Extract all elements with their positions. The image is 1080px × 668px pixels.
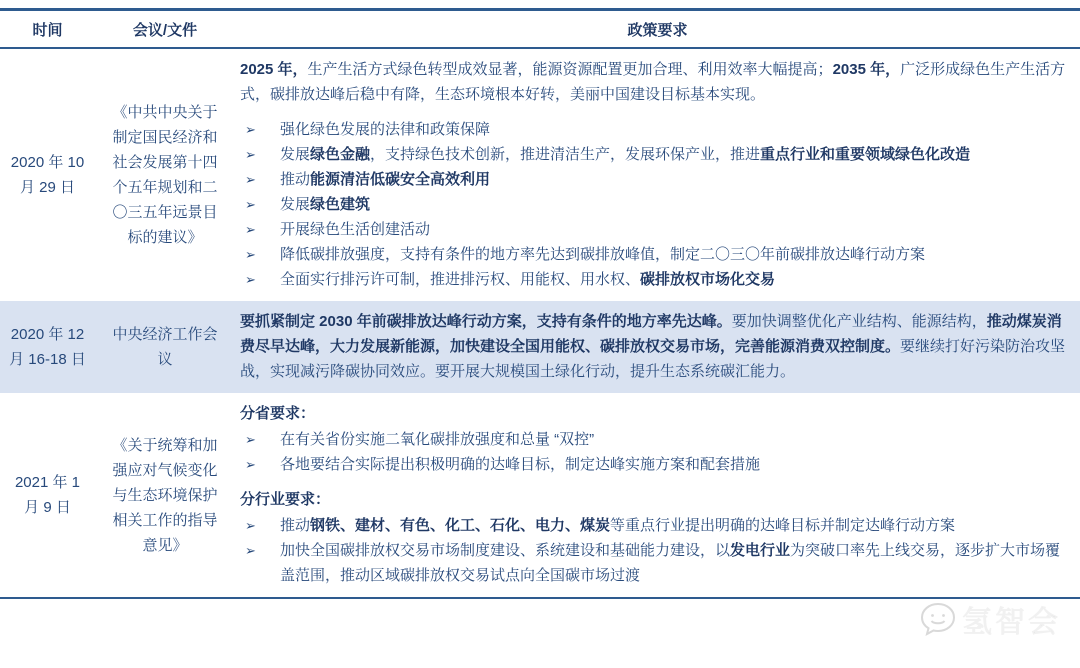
bullet-text: 降低碳排放强度，支持有条件的地方率先达到碳排放峰值，制定二〇三〇年前碳排放达峰行… — [280, 242, 1074, 267]
header-doc: 会议/文件 — [95, 11, 235, 47]
bullet-text: 推动能源清洁低碳安全高效利用 — [280, 167, 1074, 192]
bullet-item: ➢推动能源清洁低碳安全高效利用 — [240, 167, 1074, 192]
watermark: 氢智会 — [918, 593, 1078, 645]
time-cell: 2021 年 1 月 9 日 — [0, 464, 95, 526]
bullet-item: ➢加快全国碳排放权交易市场制度建设、系统建设和基础能力建设，以发电行业为突破口率… — [240, 538, 1074, 588]
bullet-item: ➢发展绿色金融，支持绿色技术创新，推进清洁生产，发展环保产业，推进重点行业和重要… — [240, 142, 1074, 167]
policy-cell: 分省要求： ➢在有关省份实施二氧化碳排放强度和总量 “双控” ➢各地要结合实际提… — [235, 393, 1080, 597]
time-cell: 2020 年 12 月 16-18 日 — [0, 316, 95, 378]
policy-paragraph: 要抓紧制定 2030 年前碳排放达峰行动方案，支持有条件的地方率先达峰。要加快调… — [240, 309, 1074, 384]
bullet-text: 全面实行排污许可制，推进排污权、用能权、用水权、碳排放权市场化交易 — [280, 267, 1074, 292]
table-row-2020-10-29: 2020 年 10 月 29 日 《中共中央关于制定国民经济和社会发展第十四个五… — [0, 49, 1080, 301]
doc-cell: 中央经济工作会议 — [95, 316, 235, 378]
table-row-2021-01-09: 2021 年 1 月 9 日 《关于统筹和加强应对气候变化与生态环境保护相关工作… — [0, 393, 1080, 597]
arrow-bullet-icon: ➢ — [240, 167, 280, 192]
arrow-bullet-icon: ➢ — [240, 192, 280, 217]
bullet-item: ➢发展绿色建筑 — [240, 192, 1074, 217]
policy-intro: 2025 年，生产生活方式绿色转型成效显著，能源资源配置更加合理、利用效率大幅提… — [240, 57, 1074, 107]
bullet-text: 推动钢铁、建材、有色、化工、石化、电力、煤炭等重点行业提出明确的达峰目标并制定达… — [280, 513, 1074, 538]
arrow-bullet-icon: ➢ — [240, 427, 280, 452]
bullet-item: ➢全面实行排污许可制，推进排污权、用能权、用水权、碳排放权市场化交易 — [240, 267, 1074, 292]
arrow-bullet-icon: ➢ — [240, 267, 280, 292]
watermark-text: 氢智会 — [962, 597, 1061, 641]
province-bullet-list: ➢在有关省份实施二氧化碳排放强度和总量 “双控” ➢各地要结合实际提出积极明确的… — [240, 427, 1074, 477]
bullet-item: ➢在有关省份实施二氧化碳排放强度和总量 “双控” — [240, 427, 1074, 452]
bullet-item: ➢开展绿色生活创建活动 — [240, 217, 1074, 242]
arrow-bullet-icon: ➢ — [240, 513, 280, 538]
arrow-bullet-icon: ➢ — [240, 242, 280, 267]
doc-cell: 《关于统筹和加强应对气候变化与生态环境保护相关工作的指导意见》 — [95, 427, 235, 564]
policy-cell: 2025 年，生产生活方式绿色转型成效显著，能源资源配置更加合理、利用效率大幅提… — [235, 49, 1080, 301]
section-heading-province: 分省要求： — [240, 401, 1074, 426]
bullet-item: ➢降低碳排放强度，支持有条件的地方率先达到碳排放峰值，制定二〇三〇年前碳排放达峰… — [240, 242, 1074, 267]
arrow-bullet-icon: ➢ — [240, 217, 280, 242]
industry-bullet-list: ➢推动钢铁、建材、有色、化工、石化、电力、煤炭等重点行业提出明确的达峰目标并制定… — [240, 513, 1074, 588]
policy-table: 时间 会议/文件 政策要求 2020 年 10 月 29 日 《中共中央关于制定… — [0, 8, 1080, 599]
table-header: 时间 会议/文件 政策要求 — [0, 11, 1080, 49]
policy-table-page: 时间 会议/文件 政策要求 2020 年 10 月 29 日 《中共中央关于制定… — [0, 0, 1080, 668]
policy-cell: 要抓紧制定 2030 年前碳排放达峰行动方案，支持有条件的地方率先达峰。要加快调… — [235, 301, 1080, 393]
policy-bullet-list: ➢强化绿色发展的法律和政策保障 ➢发展绿色金融，支持绿色技术创新，推进清洁生产，… — [240, 117, 1074, 292]
arrow-bullet-icon: ➢ — [240, 117, 280, 142]
bullet-text: 强化绿色发展的法律和政策保障 — [280, 117, 1074, 142]
arrow-bullet-icon: ➢ — [240, 452, 280, 477]
bullet-text: 在有关省份实施二氧化碳排放强度和总量 “双控” — [280, 427, 1074, 452]
section-heading-industry: 分行业要求： — [240, 487, 1074, 512]
bullet-text: 发展绿色金融，支持绿色技术创新，推进清洁生产，发展环保产业，推进重点行业和重要领… — [280, 142, 1074, 167]
bullet-text: 各地要结合实际提出积极明确的达峰目标，制定达峰实施方案和配套措施 — [280, 452, 1074, 477]
bullet-item: ➢强化绿色发展的法律和政策保障 — [240, 117, 1074, 142]
wechat-chat-bubble-icon — [918, 599, 958, 639]
bullet-text: 发展绿色建筑 — [280, 192, 1074, 217]
arrow-bullet-icon: ➢ — [240, 538, 280, 588]
header-time: 时间 — [0, 11, 95, 47]
table-row-2020-12-16: 2020 年 12 月 16-18 日 中央经济工作会议 要抓紧制定 2030 … — [0, 301, 1080, 393]
bullet-text: 开展绿色生活创建活动 — [280, 217, 1074, 242]
header-policy: 政策要求 — [235, 11, 1080, 47]
time-cell: 2020 年 10 月 29 日 — [0, 144, 95, 206]
doc-cell: 《中共中央关于制定国民经济和社会发展第十四个五年规划和二〇三五年远景目标的建议》 — [95, 94, 235, 256]
bullet-item: ➢推动钢铁、建材、有色、化工、石化、电力、煤炭等重点行业提出明确的达峰目标并制定… — [240, 513, 1074, 538]
bullet-item: ➢各地要结合实际提出积极明确的达峰目标，制定达峰实施方案和配套措施 — [240, 452, 1074, 477]
bullet-text: 加快全国碳排放权交易市场制度建设、系统建设和基础能力建设，以发电行业为突破口率先… — [280, 538, 1074, 588]
arrow-bullet-icon: ➢ — [240, 142, 280, 167]
